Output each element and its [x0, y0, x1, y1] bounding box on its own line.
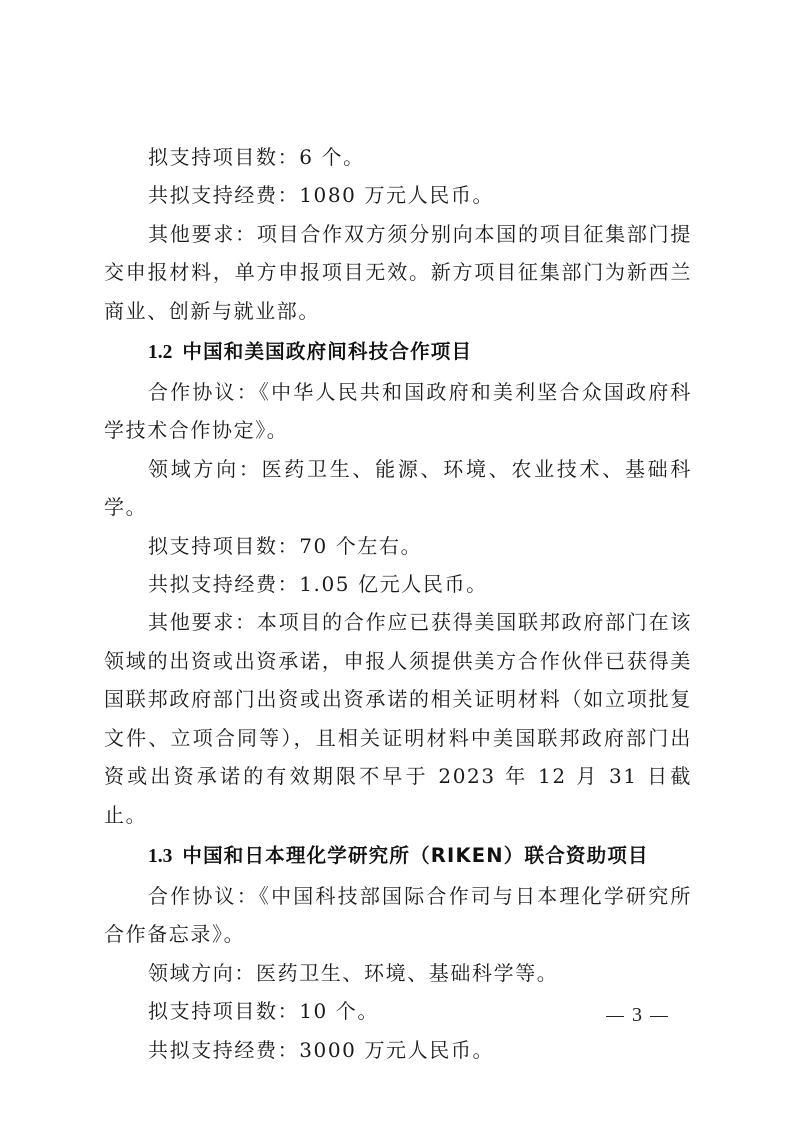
paragraph-project-count-us: 拟支持项目数：70 个左右。	[104, 527, 692, 565]
paragraph-agreement-riken: 合作协议：《中国科技部国际合作司与日本理化学研究所合作备忘录》。	[104, 877, 692, 954]
section-title: 中国和日本理化学研究所（RIKEN）联合资助项目	[182, 844, 648, 867]
paragraph-funding-nz: 共拟支持经费：1080 万元人民币。	[104, 176, 692, 214]
dash-right-decoration	[650, 1016, 668, 1018]
section-number: 1.3	[148, 846, 172, 867]
paragraph-agreement-us: 合作协议：《中华人民共和国政府和美利坚合众国政府科学技术合作协定》。	[104, 373, 692, 450]
paragraph-fields-riken: 领域方向：医药卫生、环境、基础科学等。	[104, 954, 692, 992]
section-heading-1-2: 1.2中国和美国政府间科技合作项目	[104, 332, 692, 373]
section-heading-1-3: 1.3中国和日本理化学研究所（RIKEN）联合资助项目	[104, 836, 692, 877]
paragraph-fields-us: 领域方向：医药卫生、能源、环境、农业技术、基础科学。	[104, 450, 692, 527]
document-body: 拟支持项目数：6 个。 共拟支持经费：1080 万元人民币。 其他要求：项目合作…	[104, 138, 692, 1069]
paragraph-funding-riken: 共拟支持经费：3000 万元人民币。	[104, 1031, 692, 1069]
section-title: 中国和美国政府间科技合作项目	[182, 340, 472, 363]
section-number: 1.2	[148, 342, 172, 363]
paragraph-funding-us: 共拟支持经费：1.05 亿元人民币。	[104, 565, 692, 603]
page-number: 3	[598, 1004, 676, 1027]
paragraph-other-requirements-nz: 其他要求：项目合作双方须分别向本国的项目征集部门提交申报材料，单方申报项目无效。…	[104, 215, 692, 330]
page-number-value: 3	[632, 1004, 642, 1026]
paragraph-project-count-nz: 拟支持项目数：6 个。	[104, 138, 692, 176]
dash-left-decoration	[606, 1016, 624, 1018]
paragraph-other-requirements-us: 其他要求：本项目的合作应已获得美国联邦政府部门在该领域的出资或出资承诺，申报人须…	[104, 603, 692, 833]
